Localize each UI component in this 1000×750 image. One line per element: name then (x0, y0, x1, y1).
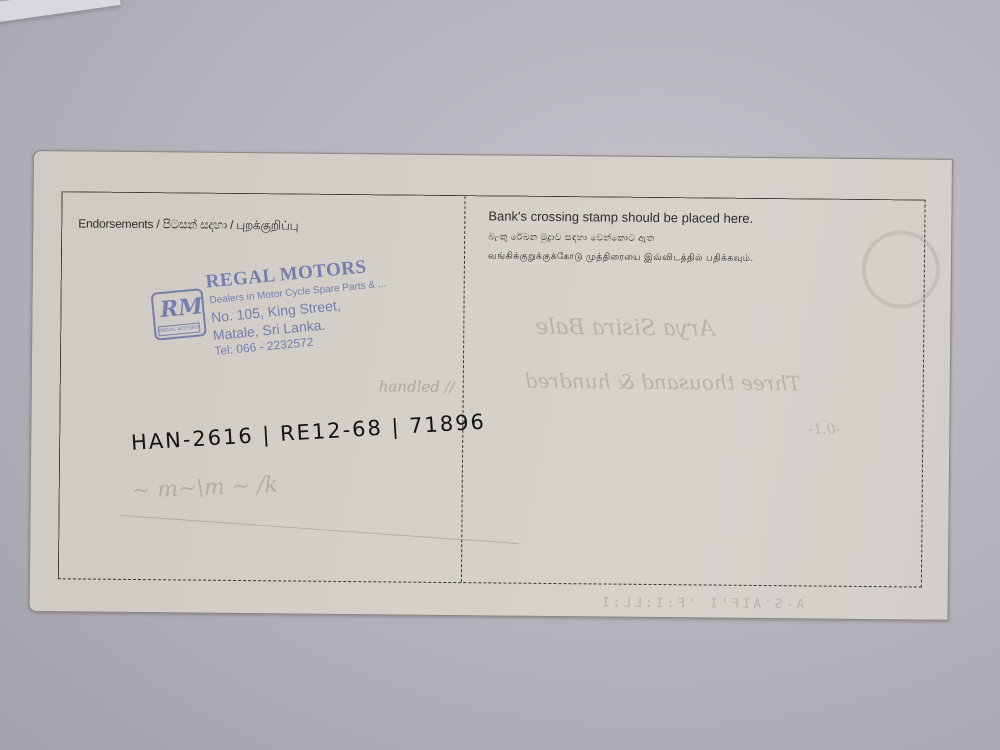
cheque-border-frame: Arya Sisira Bale Three thousand & hundre… (58, 191, 926, 587)
handwritten-reference-note: HAN-2616 | RE12-68 | 71896 (130, 410, 486, 455)
stamp-logo-band: REGAL MOTORS (158, 322, 201, 336)
faint-handwritten-scribble: handled // (379, 377, 455, 396)
section-divider (461, 196, 466, 582)
background-shelf-edge (0, 0, 121, 23)
stamp-logo-icon: RM REGAL MOTORS (151, 288, 207, 341)
bank-instruction-tamil: வங்கிக்குறுக்குக்கோடு முத்திரையை இவ்விடத… (488, 250, 754, 265)
show-through-payee: Arya Sisira Bale (535, 315, 715, 342)
show-through-small: -0.1- (808, 421, 840, 437)
show-through-micr: A-S'AIF'I 'F:I:LL:I (599, 595, 805, 612)
watermark-seal (862, 230, 941, 309)
stamp-logo-glyph: RM (159, 293, 204, 323)
cheque-back: Arya Sisira Bale Three thousand & hundre… (29, 150, 953, 621)
show-through-amount-words: Three thousand & hundred (525, 369, 801, 396)
bank-instruction-sinhala: බැංකු රේඛන මුද්‍රාව සඳහා වෙන්කොට ඇත (488, 231, 754, 245)
bank-crossing-instructions: Bank's crossing stamp should be placed h… (488, 208, 754, 265)
bank-instruction-english: Bank's crossing stamp should be placed h… (488, 208, 754, 226)
faint-signature: ~ m~\m ~ /k (131, 473, 278, 504)
endorsements-label: Endorsements / පිටසන් සදහා / புறக்குறிப்… (78, 216, 298, 234)
faint-pen-stroke (119, 515, 518, 544)
